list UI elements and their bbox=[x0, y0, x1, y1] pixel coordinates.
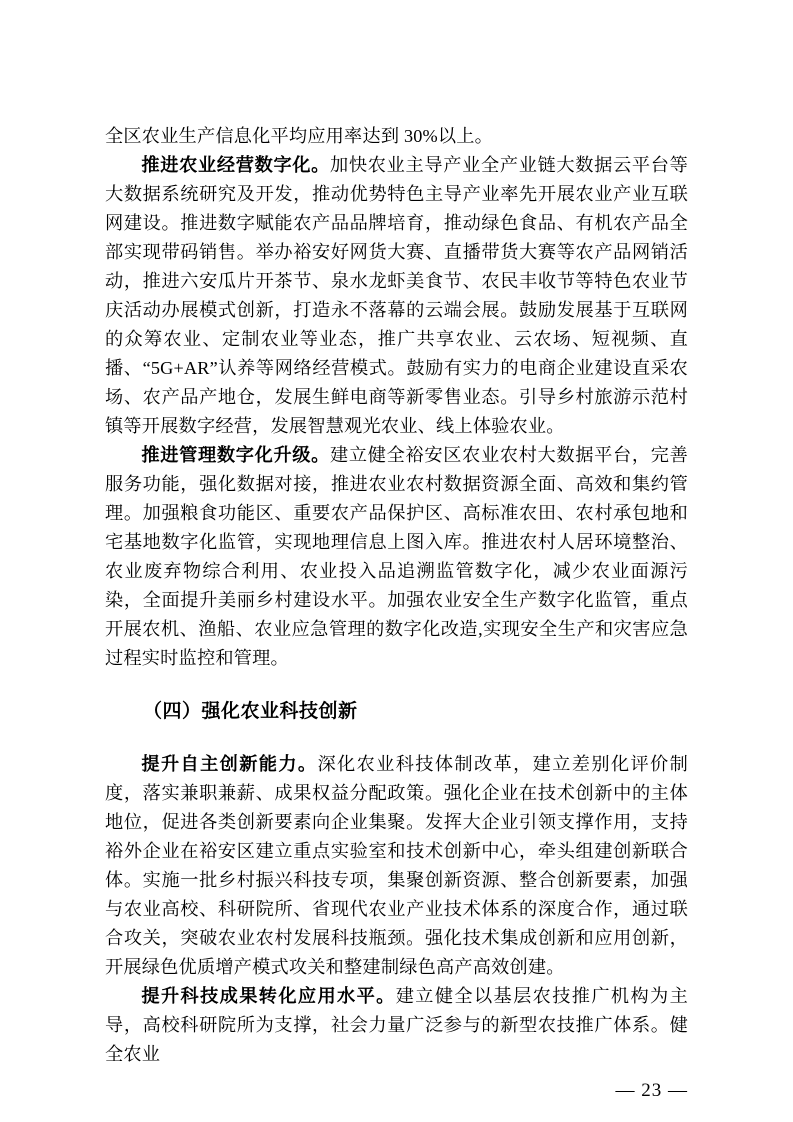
paragraph-innovation-capability: 提升自主创新能力。深化农业科技体制改革，建立差别化评价制度，落实兼职兼薪、成果权… bbox=[105, 750, 688, 982]
document-page: 全区农业生产信息化平均应用率达到 30%以上。 推进农业经营数字化。加快农业主导… bbox=[0, 0, 793, 1122]
paragraph-continuation: 全区农业生产信息化平均应用率达到 30%以上。 bbox=[105, 122, 688, 151]
paragraph-text: 深化农业科技体制改革，建立差别化评价制度，落实兼职兼薪、成果权益分配政策。强化企… bbox=[105, 754, 688, 977]
paragraph-management-upgrade: 推进管理数字化升级。建立健全裕安区农业农村大数据平台，完善服务功能，强化数据对接… bbox=[105, 441, 688, 673]
paragraph-text: 加快农业主导产业全产业链大数据云平台等大数据系统研究及开发，推动优势特色主导产业… bbox=[105, 155, 688, 436]
paragraph-lead: 提升科技成果转化应用水平。 bbox=[141, 986, 395, 1006]
paragraph-lead: 提升自主创新能力。 bbox=[141, 754, 317, 774]
paragraph-lead: 推进农业经营数字化。 bbox=[141, 155, 330, 175]
page-number: — 23 — bbox=[105, 1076, 688, 1105]
section-heading: （四）强化农业科技创新 bbox=[105, 697, 688, 726]
paragraph-achievement-transformation: 提升科技成果转化应用水平。建立健全以基层农技推广机构为主导，高校科研院所为支撑，… bbox=[105, 982, 688, 1069]
paragraph-lead: 推进管理数字化升级。 bbox=[141, 445, 330, 465]
paragraph-text: 建立健全裕安区农业农村大数据平台，完善服务功能，强化数据对接，推进农业农村数据资… bbox=[105, 445, 688, 668]
paragraph-operation-digitalization: 推进农业经营数字化。加快农业主导产业全产业链大数据云平台等大数据系统研究及开发，… bbox=[105, 151, 688, 441]
paragraph-text: 全区农业生产信息化平均应用率达到 30%以上。 bbox=[105, 126, 493, 146]
